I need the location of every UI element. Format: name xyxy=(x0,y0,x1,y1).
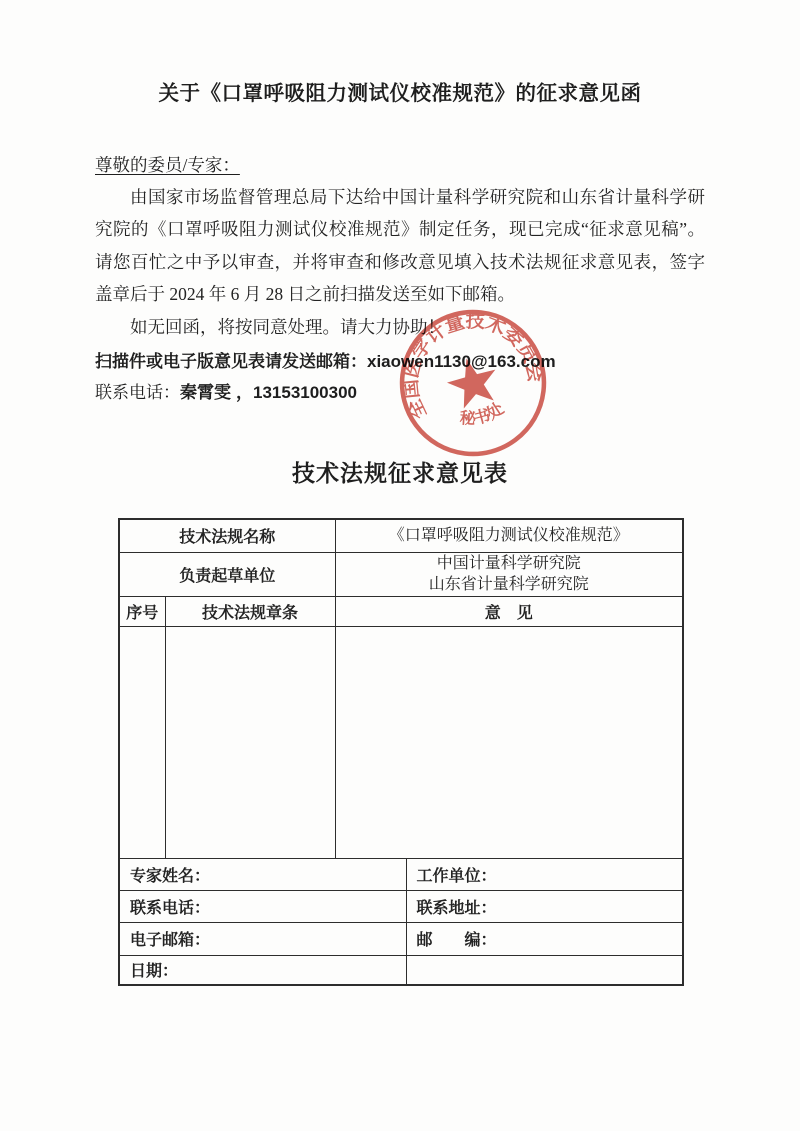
send-email-label: 扫描件或电子版意见表请发送邮箱： xyxy=(95,352,367,371)
phone-line-label: 联系电话： xyxy=(95,383,180,402)
phone-cell: 联系电话： xyxy=(119,890,406,922)
contact-phone: ，13153100300 xyxy=(236,383,357,402)
empty-opinion-cell xyxy=(335,626,683,858)
body-paragraph-2: 如无回函，将按同意处理。请大力协助！ xyxy=(95,311,705,343)
body-paragraph-1: 由国家市场监督管理总局下达给中国计量科学研究院和山东省计量科学研究院的《口罩呼吸… xyxy=(95,181,705,311)
email-cell: 电子邮箱： xyxy=(119,922,406,955)
empty-serial-cell xyxy=(119,626,165,858)
contact-name: 秦霄雯 xyxy=(180,383,231,402)
feedback-form-table: 技术法规名称 《口罩呼吸阻力测试仪校准规范》 负责起草单位 中国计量科学研究院 … xyxy=(118,518,684,986)
table-row-regulation-name: 技术法规名称 《口罩呼吸阻力测试仪校准规范》 xyxy=(119,519,683,552)
table-row-empty-entry xyxy=(119,626,683,858)
address-cell: 联系地址： xyxy=(406,890,683,922)
date-value-cell xyxy=(406,955,683,985)
drafting-unit-value-cell: 中国计量科学研究院 山东省计量科学研究院 xyxy=(335,552,683,596)
regulation-name-value-cell: 《口罩呼吸阻力测试仪校准规范》 xyxy=(335,519,683,552)
scanned-letter-page: 关于《口罩呼吸阻力测试仪校准规范》的征求意见函 尊敬的委员/专家： 由国家市场监… xyxy=(0,0,800,1131)
letter-title: 关于《口罩呼吸阻力测试仪校准规范》的征求意见函 xyxy=(95,76,705,106)
table-row-expert-name: 专家姓名： 工作单位： xyxy=(119,858,683,890)
table-header-row: 序号 技术法规章条 意 见 xyxy=(119,596,683,626)
work-unit-cell: 工作单位： xyxy=(406,858,683,890)
table-row-phone: 联系电话： 联系地址： xyxy=(119,890,683,922)
table-row-date: 日期： xyxy=(119,955,683,985)
postcode-cell: 邮 编： xyxy=(406,922,683,955)
empty-clause-cell xyxy=(165,626,335,858)
drafting-unit-line1: 中国计量科学研究院 xyxy=(336,553,683,574)
table-row-email: 电子邮箱： 邮 编： xyxy=(119,922,683,955)
column-header-opinion: 意 见 xyxy=(335,596,683,626)
drafting-unit-label-cell: 负责起草单位 xyxy=(119,552,335,596)
form-title: 技术法规征求意见表 xyxy=(95,455,705,488)
column-header-serial: 序号 xyxy=(119,596,165,626)
date-cell: 日期： xyxy=(119,955,406,985)
expert-name-cell: 专家姓名： xyxy=(119,858,406,890)
send-email-line: 扫描件或电子版意见表请发送邮箱：xiaowen1130@163.com xyxy=(95,349,705,375)
salutation: 尊敬的委员/专家： xyxy=(95,152,705,178)
contact-email: xiaowen1130@163.com xyxy=(367,352,556,371)
column-header-clause: 技术法规章条 xyxy=(165,596,335,626)
drafting-unit-line2: 山东省计量科学研究院 xyxy=(336,574,683,595)
phone-line: 联系电话：秦霄雯，13153100300 xyxy=(95,380,705,406)
table-row-drafting-unit: 负责起草单位 中国计量科学研究院 山东省计量科学研究院 xyxy=(119,552,683,596)
regulation-name-label-cell: 技术法规名称 xyxy=(119,519,335,552)
